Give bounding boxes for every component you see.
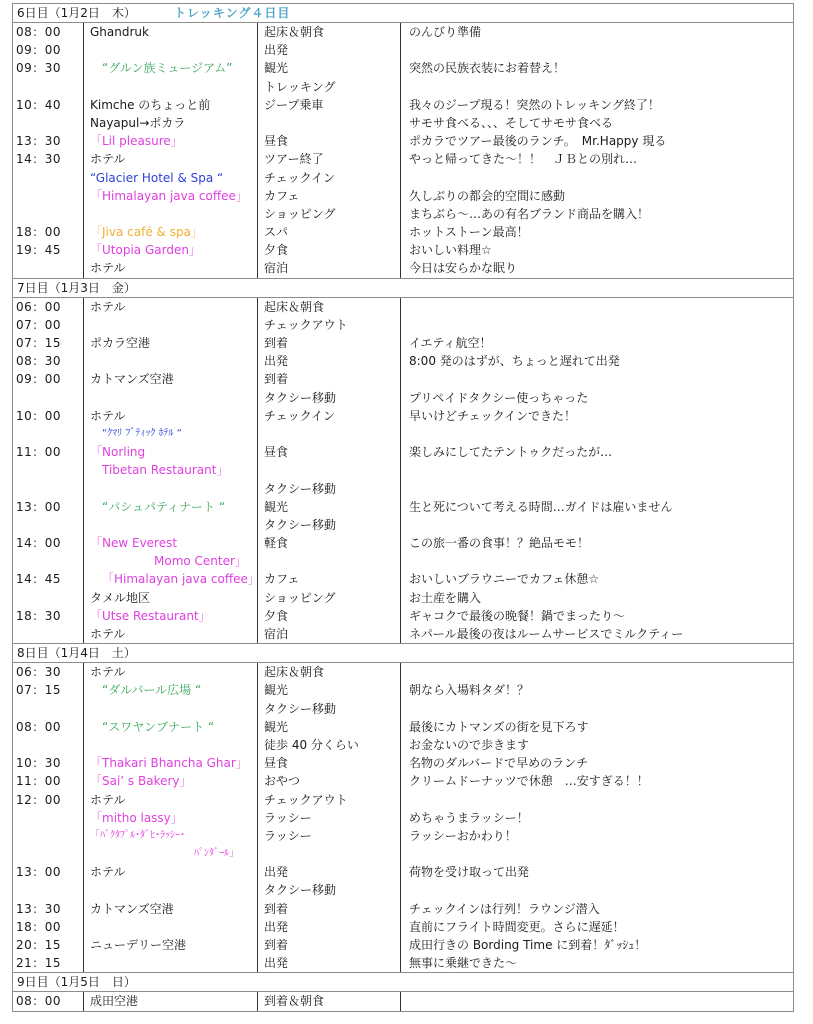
place-cell: Nayapul→ポカラ <box>84 114 258 132</box>
table-row: 07：15“ダルバール広場 “観光朝なら入場料タダ！？ <box>13 681 793 699</box>
activity-cell: ツアー終了 <box>258 150 401 168</box>
time-cell: 18：00 <box>13 918 84 936</box>
table-row: タクシー移動 <box>13 881 793 899</box>
time-cell <box>13 78 84 96</box>
note-cell <box>401 461 793 479</box>
note-cell: クリームドーナッツで休憩 …安すぎる！！ <box>401 772 793 790</box>
day-title: 6日目（1月2日 木） <box>17 6 136 20</box>
table-row: 08：00成田空港到着＆朝食 <box>13 992 793 1010</box>
day-subtitle: トレッキング４日目 <box>174 6 291 20</box>
table-row: 18：30「Utse Restaurant」夕食ギャコクで最後の晩餐！鍋でまった… <box>13 607 793 625</box>
activity-cell: 昼食 <box>258 443 401 461</box>
time-cell <box>13 425 84 443</box>
table-row: 徒歩 40 分くらいお金ないので歩きます <box>13 736 793 754</box>
place-cell: 「Utopia Garden」 <box>84 241 258 259</box>
activity-cell: 到着 <box>258 334 401 352</box>
place-cell: カトマンズ空港 <box>84 900 258 918</box>
table-row: 13：00ホテル出発荷物を受け取って出発 <box>13 863 793 881</box>
table-row: 「Himalayan java coffee」カフェ久しぶりの都会的空間に感動 <box>13 187 793 205</box>
table-row: 14：00「New Everest軽食この旅一番の食事！？絶品モモ！ <box>13 534 793 552</box>
day-header: 7日目（1月3日 金） <box>13 279 793 298</box>
table-row: Tibetan Restaurant」 <box>13 461 793 479</box>
place-cell <box>84 954 258 972</box>
activity-cell: 出発 <box>258 918 401 936</box>
activity-cell: 徒歩 40 分くらい <box>258 736 401 754</box>
itinerary-table: 6日目（1月2日 木）トレッキング４日目08：00Ghandruk起床＆朝食のん… <box>12 3 794 1012</box>
time-cell <box>13 552 84 570</box>
table-row: 13：30カトマンズ空港到着チェックインは行列！ラウンジ潜入 <box>13 900 793 918</box>
place-cell: 「Thakari Bhancha Ghar」 <box>84 754 258 772</box>
place-cell: ホテル <box>84 863 258 881</box>
time-cell <box>13 114 84 132</box>
activity-cell: 観光 <box>258 59 401 77</box>
place-cell: “ｸﾏﾘ ﾌﾞﾃｨｯｸ ﾎﾃﾙ “ <box>84 425 258 443</box>
activity-cell: 観光 <box>258 718 401 736</box>
note-cell: 8:00 発のはずが、ちょっと遅れて出発 <box>401 352 793 370</box>
note-cell: めちゃうまラッシー！ <box>401 809 793 827</box>
table-row: 「ﾊﾞｸﾀﾌﾟﾙ･ﾀﾞﾋ･ﾗｯｼｰ･ラッシーラッシーおかわり！ <box>13 827 793 845</box>
note-cell: お金ないので歩きます <box>401 736 793 754</box>
day-title: 7日目（1月3日 金） <box>17 281 136 295</box>
table-row: ショッピングまちぶら～…あの有名ブランド商品を購入！ <box>13 205 793 223</box>
time-cell: 09：00 <box>13 41 84 59</box>
note-cell <box>401 41 793 59</box>
activity-cell <box>258 552 401 570</box>
place-cell: “パシュパティナート “ <box>84 498 258 516</box>
table-row: 「mitho lassy」ラッシーめちゃうまラッシー！ <box>13 809 793 827</box>
table-row: 19：45「Utopia Garden」夕食おいしい料理☆ <box>13 241 793 259</box>
note-cell <box>401 663 793 681</box>
note-cell: ホットストーン最高！ <box>401 223 793 241</box>
place-cell: Momo Center」 <box>84 552 258 570</box>
place-cell <box>84 700 258 718</box>
note-cell <box>401 298 793 316</box>
place-cell: ホテル <box>84 663 258 681</box>
day-schedule: 08：00成田空港到着＆朝食 <box>13 992 793 1010</box>
table-row: “Glacier Hotel & Spa “チェックイン <box>13 169 793 187</box>
place-cell: 「Himalayan java coffee」 <box>84 570 258 588</box>
time-cell: 10：30 <box>13 754 84 772</box>
activity-cell: ラッシー <box>258 827 401 845</box>
place-cell: 「Sai’ s Bakery」 <box>84 772 258 790</box>
place-cell <box>84 480 258 498</box>
activity-cell: 軽食 <box>258 534 401 552</box>
activity-cell: ショッピング <box>258 589 401 607</box>
time-cell: 09：30 <box>13 59 84 77</box>
time-cell: 08：30 <box>13 352 84 370</box>
note-cell: 名物のダルバードで早めのランチ <box>401 754 793 772</box>
note-cell: 生と死について考える時間…ガイドは雇いません <box>401 498 793 516</box>
activity-cell: 夕食 <box>258 607 401 625</box>
note-cell: お土産を購入 <box>401 589 793 607</box>
note-cell: おいしいブラウニーでカフェ休憩☆ <box>401 570 793 588</box>
activity-cell: 観光 <box>258 498 401 516</box>
place-cell: 「Jiva café & spa」 <box>84 223 258 241</box>
activity-cell: 宿泊 <box>258 259 401 277</box>
note-cell <box>401 700 793 718</box>
activity-cell: 出発 <box>258 954 401 972</box>
table-row: 20：15ニューデリー空港到着成田行きの Bording Time に到着！ﾀﾞ… <box>13 936 793 954</box>
activity-cell: 到着 <box>258 900 401 918</box>
note-cell: 楽しみにしてたテントゥクだったが… <box>401 443 793 461</box>
note-cell <box>401 516 793 534</box>
day-schedule: 06：00ホテル起床＆朝食07：00チェックアウト07：15ポカラ空港到着イエテ… <box>13 298 793 645</box>
activity-cell: 昼食 <box>258 754 401 772</box>
time-cell: 10：40 <box>13 96 84 114</box>
activity-cell: タクシー移動 <box>258 516 401 534</box>
place-cell: ホテル <box>84 150 258 168</box>
note-cell <box>401 316 793 334</box>
activity-cell: 起床＆朝食 <box>258 298 401 316</box>
time-cell <box>13 169 84 187</box>
table-row: タメル地区ショッピングお土産を購入 <box>13 589 793 607</box>
day-schedule: 08：00Ghandruk起床＆朝食のんびり準備09：00出発09：30“グルン… <box>13 23 793 279</box>
time-cell <box>13 480 84 498</box>
place-cell: 「mitho lassy」 <box>84 809 258 827</box>
activity-cell: 出発 <box>258 41 401 59</box>
place-cell: ポカラ空港 <box>84 334 258 352</box>
note-cell: 我々のジープ現る！突然のトレッキング終了！ <box>401 96 793 114</box>
day-title: 8日目（1月4日 土） <box>17 646 136 660</box>
note-cell: 成田行きの Bording Time に到着！ﾀﾞｯｼｭ！ <box>401 936 793 954</box>
table-row: トレッキング <box>13 78 793 96</box>
time-cell: 06：30 <box>13 663 84 681</box>
table-row: ﾊﾟﾝﾀﾞｰﾙ」 <box>13 845 793 863</box>
note-cell: ポカラでツアー最後のランチ。 Mr.Happy 現る <box>401 132 793 150</box>
place-cell: ﾊﾟﾝﾀﾞｰﾙ」 <box>84 845 258 863</box>
note-cell: 直前にフライト時間変更。さらに遅延！ <box>401 918 793 936</box>
activity-cell: 起床＆朝食 <box>258 23 401 41</box>
place-cell: ホテル <box>84 407 258 425</box>
time-cell <box>13 589 84 607</box>
time-cell: 06：00 <box>13 298 84 316</box>
note-cell: 突然の民族衣装にお着替え！ <box>401 59 793 77</box>
activity-cell: カフェ <box>258 570 401 588</box>
table-row: タクシー移動 <box>13 700 793 718</box>
note-cell <box>401 78 793 96</box>
table-row: 13：30「Lil pleasure」昼食ポカラでツアー最後のランチ。 Mr.H… <box>13 132 793 150</box>
table-row: 10：30「Thakari Bhancha Ghar」昼食名物のダルバードで早め… <box>13 754 793 772</box>
time-cell <box>13 205 84 223</box>
note-cell <box>401 881 793 899</box>
day-header: 6日目（1月2日 木）トレッキング４日目 <box>13 4 793 23</box>
activity-cell: ラッシー <box>258 809 401 827</box>
activity-cell: ジープ乗車 <box>258 96 401 114</box>
activity-cell: ショッピング <box>258 205 401 223</box>
time-cell: 08：00 <box>13 718 84 736</box>
activity-cell <box>258 461 401 479</box>
table-row: 21：15出発無事に乗継できた～ <box>13 954 793 972</box>
note-cell: のんびり準備 <box>401 23 793 41</box>
activity-cell: タクシー移動 <box>258 389 401 407</box>
note-cell: 今日は安らかな眠り <box>401 259 793 277</box>
day-title: 9日目（1月5日 日） <box>17 975 136 989</box>
table-row: 09：00出発 <box>13 41 793 59</box>
activity-cell: 到着 <box>258 936 401 954</box>
place-cell <box>84 316 258 334</box>
table-row: 08：00Ghandruk起床＆朝食のんびり準備 <box>13 23 793 41</box>
table-row: タクシー移動 <box>13 480 793 498</box>
place-cell: ホテル <box>84 298 258 316</box>
place-cell: カトマンズ空港 <box>84 370 258 388</box>
note-cell: ラッシーおかわり！ <box>401 827 793 845</box>
activity-cell: チェックイン <box>258 169 401 187</box>
activity-cell: タクシー移動 <box>258 700 401 718</box>
table-row: 14：45「Himalayan java coffee」カフェおいしいブラウニー… <box>13 570 793 588</box>
time-cell: 07：15 <box>13 334 84 352</box>
table-row: 13：00“パシュパティナート “観光生と死について考える時間…ガイドは雇いませ… <box>13 498 793 516</box>
table-row: 07：00チェックアウト <box>13 316 793 334</box>
activity-cell: チェックアウト <box>258 316 401 334</box>
place-cell: Ghandruk <box>84 23 258 41</box>
activity-cell <box>258 425 401 443</box>
place-cell <box>84 389 258 407</box>
activity-cell: 夕食 <box>258 241 401 259</box>
place-cell: “スワヤンブナート “ <box>84 718 258 736</box>
note-cell: おいしい料理☆ <box>401 241 793 259</box>
time-cell: 07：00 <box>13 316 84 334</box>
note-cell <box>401 480 793 498</box>
activity-cell <box>258 845 401 863</box>
activity-cell: おやつ <box>258 772 401 790</box>
time-cell <box>13 516 84 534</box>
activity-cell: 起床＆朝食 <box>258 663 401 681</box>
table-row: 06：00ホテル起床＆朝食 <box>13 298 793 316</box>
table-row: 12：00ホテルチェックアウト <box>13 791 793 809</box>
time-cell: 14：45 <box>13 570 84 588</box>
place-cell <box>84 918 258 936</box>
place-cell: ホテル <box>84 791 258 809</box>
table-row: 09：00カトマンズ空港到着 <box>13 370 793 388</box>
table-row: 18：00「Jiva café & spa」スパホットストーン最高！ <box>13 223 793 241</box>
table-row: 06：30ホテル起床＆朝食 <box>13 663 793 681</box>
table-row: ホテル宿泊今日は安らかな眠り <box>13 259 793 277</box>
time-cell <box>13 625 84 643</box>
place-cell <box>84 205 258 223</box>
time-cell: 14：00 <box>13 534 84 552</box>
table-row: 14：30ホテルツアー終了やっと帰ってきた～！！ ＪＢとの別れ… <box>13 150 793 168</box>
activity-cell: 観光 <box>258 681 401 699</box>
table-row: 09：30“グルン族ミュージアム”観光突然の民族衣装にお着替え！ <box>13 59 793 77</box>
table-row: 11：00「Norling昼食楽しみにしてたテントゥクだったが… <box>13 443 793 461</box>
note-cell: やっと帰ってきた～！！ ＪＢとの別れ… <box>401 150 793 168</box>
place-cell: タメル地区 <box>84 589 258 607</box>
time-cell: 18：30 <box>13 607 84 625</box>
note-cell <box>401 425 793 443</box>
activity-cell: カフェ <box>258 187 401 205</box>
place-cell: “Glacier Hotel & Spa “ <box>84 169 258 187</box>
time-cell: 13：00 <box>13 498 84 516</box>
table-row: タクシー移動プリペイドタクシー使っちゃった <box>13 389 793 407</box>
activity-cell: 出発 <box>258 863 401 881</box>
time-cell: 14：30 <box>13 150 84 168</box>
time-cell <box>13 700 84 718</box>
note-cell: チェックインは行列！ラウンジ潜入 <box>401 900 793 918</box>
time-cell <box>13 827 84 845</box>
note-cell: ネパール最後の夜はルームサービスでミルクティー <box>401 625 793 643</box>
time-cell <box>13 881 84 899</box>
table-row: 10：40Kimche のちょっと前ジープ乗車我々のジープ現る！突然のトレッキン… <box>13 96 793 114</box>
note-cell: この旅一番の食事！？絶品モモ！ <box>401 534 793 552</box>
note-cell <box>401 552 793 570</box>
time-cell: 11：00 <box>13 772 84 790</box>
activity-cell: トレッキング <box>258 78 401 96</box>
note-cell <box>401 791 793 809</box>
note-cell: 無事に乗継できた～ <box>401 954 793 972</box>
time-cell: 08：00 <box>13 23 84 41</box>
time-cell: 13：30 <box>13 132 84 150</box>
table-row: タクシー移動 <box>13 516 793 534</box>
place-cell: ホテル <box>84 259 258 277</box>
activity-cell: スパ <box>258 223 401 241</box>
table-row: “ｸﾏﾘ ﾌﾞﾃｨｯｸ ﾎﾃﾙ “ <box>13 425 793 443</box>
place-cell: 「New Everest <box>84 534 258 552</box>
note-cell: まちぶら～…あの有名ブランド商品を購入！ <box>401 205 793 223</box>
place-cell <box>84 881 258 899</box>
activity-cell: チェックイン <box>258 407 401 425</box>
note-cell: プリペイドタクシー使っちゃった <box>401 389 793 407</box>
place-cell <box>84 736 258 754</box>
place-cell: 「Norling <box>84 443 258 461</box>
day-header: 9日目（1月5日 日） <box>13 973 793 992</box>
note-cell: 荷物を受け取って出発 <box>401 863 793 881</box>
table-row: 18：00出発直前にフライト時間変更。さらに遅延！ <box>13 918 793 936</box>
time-cell <box>13 845 84 863</box>
time-cell <box>13 389 84 407</box>
time-cell: 18：00 <box>13 223 84 241</box>
time-cell: 21：15 <box>13 954 84 972</box>
place-cell: Kimche のちょっと前 <box>84 96 258 114</box>
table-row: 07：15ポカラ空港到着イエティ航空！ <box>13 334 793 352</box>
activity-cell: タクシー移動 <box>258 881 401 899</box>
place-cell: Tibetan Restaurant」 <box>84 461 258 479</box>
note-cell <box>401 169 793 187</box>
activity-cell: 宿泊 <box>258 625 401 643</box>
time-cell: 07：15 <box>13 681 84 699</box>
day-schedule: 06：30ホテル起床＆朝食07：15“ダルバール広場 “観光朝なら入場料タダ！？… <box>13 663 793 973</box>
activity-cell <box>258 114 401 132</box>
time-cell: 09：00 <box>13 370 84 388</box>
note-cell: ギャコクで最後の晩餐！鍋でまったり～ <box>401 607 793 625</box>
table-row: 11：00「Sai’ s Bakery」おやつクリームドーナッツで休憩 …安すぎ… <box>13 772 793 790</box>
time-cell: 13：00 <box>13 863 84 881</box>
note-cell <box>401 992 793 1010</box>
time-cell: 13：30 <box>13 900 84 918</box>
time-cell <box>13 259 84 277</box>
note-cell: イエティ航空！ <box>401 334 793 352</box>
place-cell: ホテル <box>84 625 258 643</box>
note-cell: サモサ食べる、、、そしてサモサ食べる <box>401 114 793 132</box>
place-cell: ニューデリー空港 <box>84 936 258 954</box>
table-row: 10：00ホテルチェックイン早いけどチェックインできた！ <box>13 407 793 425</box>
time-cell <box>13 461 84 479</box>
activity-cell: 昼食 <box>258 132 401 150</box>
activity-cell: 到着 <box>258 370 401 388</box>
time-cell: 08：00 <box>13 992 84 1010</box>
time-cell: 19：45 <box>13 241 84 259</box>
note-cell: 朝なら入場料タダ！？ <box>401 681 793 699</box>
table-row: Nayapul→ポカラサモサ食べる、、、そしてサモサ食べる <box>13 114 793 132</box>
place-cell: “グルン族ミュージアム” <box>84 59 258 77</box>
table-row: Momo Center」 <box>13 552 793 570</box>
table-row: 08：30出発8:00 発のはずが、ちょっと遅れて出発 <box>13 352 793 370</box>
place-cell <box>84 352 258 370</box>
note-cell: 久しぶりの都会的空間に感動 <box>401 187 793 205</box>
place-cell <box>84 41 258 59</box>
place-cell <box>84 78 258 96</box>
activity-cell: 出発 <box>258 352 401 370</box>
place-cell: 「Lil pleasure」 <box>84 132 258 150</box>
note-cell <box>401 845 793 863</box>
note-cell <box>401 370 793 388</box>
place-cell: “ダルバール広場 “ <box>84 681 258 699</box>
place-cell <box>84 516 258 534</box>
table-row: 08：00“スワヤンブナート “観光最後にカトマンズの街を見下ろす <box>13 718 793 736</box>
note-cell: 最後にカトマンズの街を見下ろす <box>401 718 793 736</box>
activity-cell: タクシー移動 <box>258 480 401 498</box>
place-cell: 成田空港 <box>84 992 258 1010</box>
activity-cell: 到着＆朝食 <box>258 992 401 1010</box>
time-cell: 20：15 <box>13 936 84 954</box>
time-cell <box>13 809 84 827</box>
time-cell <box>13 187 84 205</box>
note-cell: 早いけどチェックインできた！ <box>401 407 793 425</box>
place-cell: 「Himalayan java coffee」 <box>84 187 258 205</box>
place-cell: 「Utse Restaurant」 <box>84 607 258 625</box>
place-cell: 「ﾊﾞｸﾀﾌﾟﾙ･ﾀﾞﾋ･ﾗｯｼｰ･ <box>84 827 258 845</box>
activity-cell: チェックアウト <box>258 791 401 809</box>
time-cell: 10：00 <box>13 407 84 425</box>
day-header: 8日目（1月4日 土） <box>13 644 793 663</box>
time-cell: 11：00 <box>13 443 84 461</box>
time-cell: 12：00 <box>13 791 84 809</box>
time-cell <box>13 736 84 754</box>
table-row: ホテル宿泊ネパール最後の夜はルームサービスでミルクティー <box>13 625 793 643</box>
